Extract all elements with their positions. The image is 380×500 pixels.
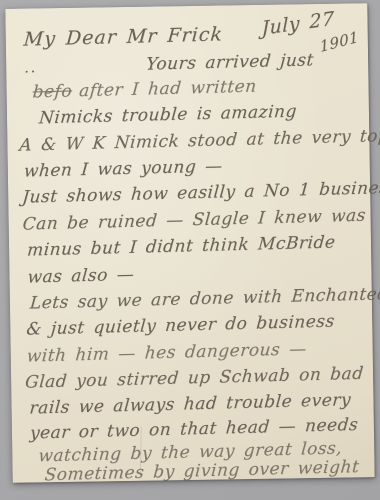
letter-line: A & W K Nimick stood at the very top: [19, 126, 380, 156]
salutation: My Dear Mr Frick: [23, 23, 224, 50]
letter-line: rails we always had trouble every: [29, 390, 352, 418]
date-month-day: July 27: [262, 8, 335, 40]
strikethrough-word: befo: [32, 81, 73, 102]
letter-line: when I was young —: [23, 156, 223, 181]
letter-paper: My Dear Mr Frick July 27 1901 Yours arri…: [5, 3, 374, 483]
letter-line: Glad you stirred up Schwab on bad: [24, 364, 364, 393]
letter-line: Just shows how easilly a No 1 business: [21, 178, 380, 208]
date-year: 1901: [319, 28, 360, 56]
letter-line: minus but I didnt think McBride: [26, 232, 336, 260]
letter-line: befoafter I had written: [32, 77, 258, 103]
letter-line: Lets say we are done with Enchanted: [29, 284, 380, 313]
letter-line: & just quietly never do business: [26, 311, 336, 339]
margin-mark: ··: [24, 64, 38, 80]
letter-line-text: after I had written: [78, 77, 257, 102]
letter-line: was also —: [27, 265, 135, 288]
letter-line: Yours arrived just: [145, 50, 314, 74]
letter-line: Can be ruined — Slagle I knew was: [22, 206, 367, 235]
letter-line: with him — hes dangerous —: [26, 339, 307, 366]
letter-line: Nimicks trouble is amazing: [38, 102, 297, 129]
